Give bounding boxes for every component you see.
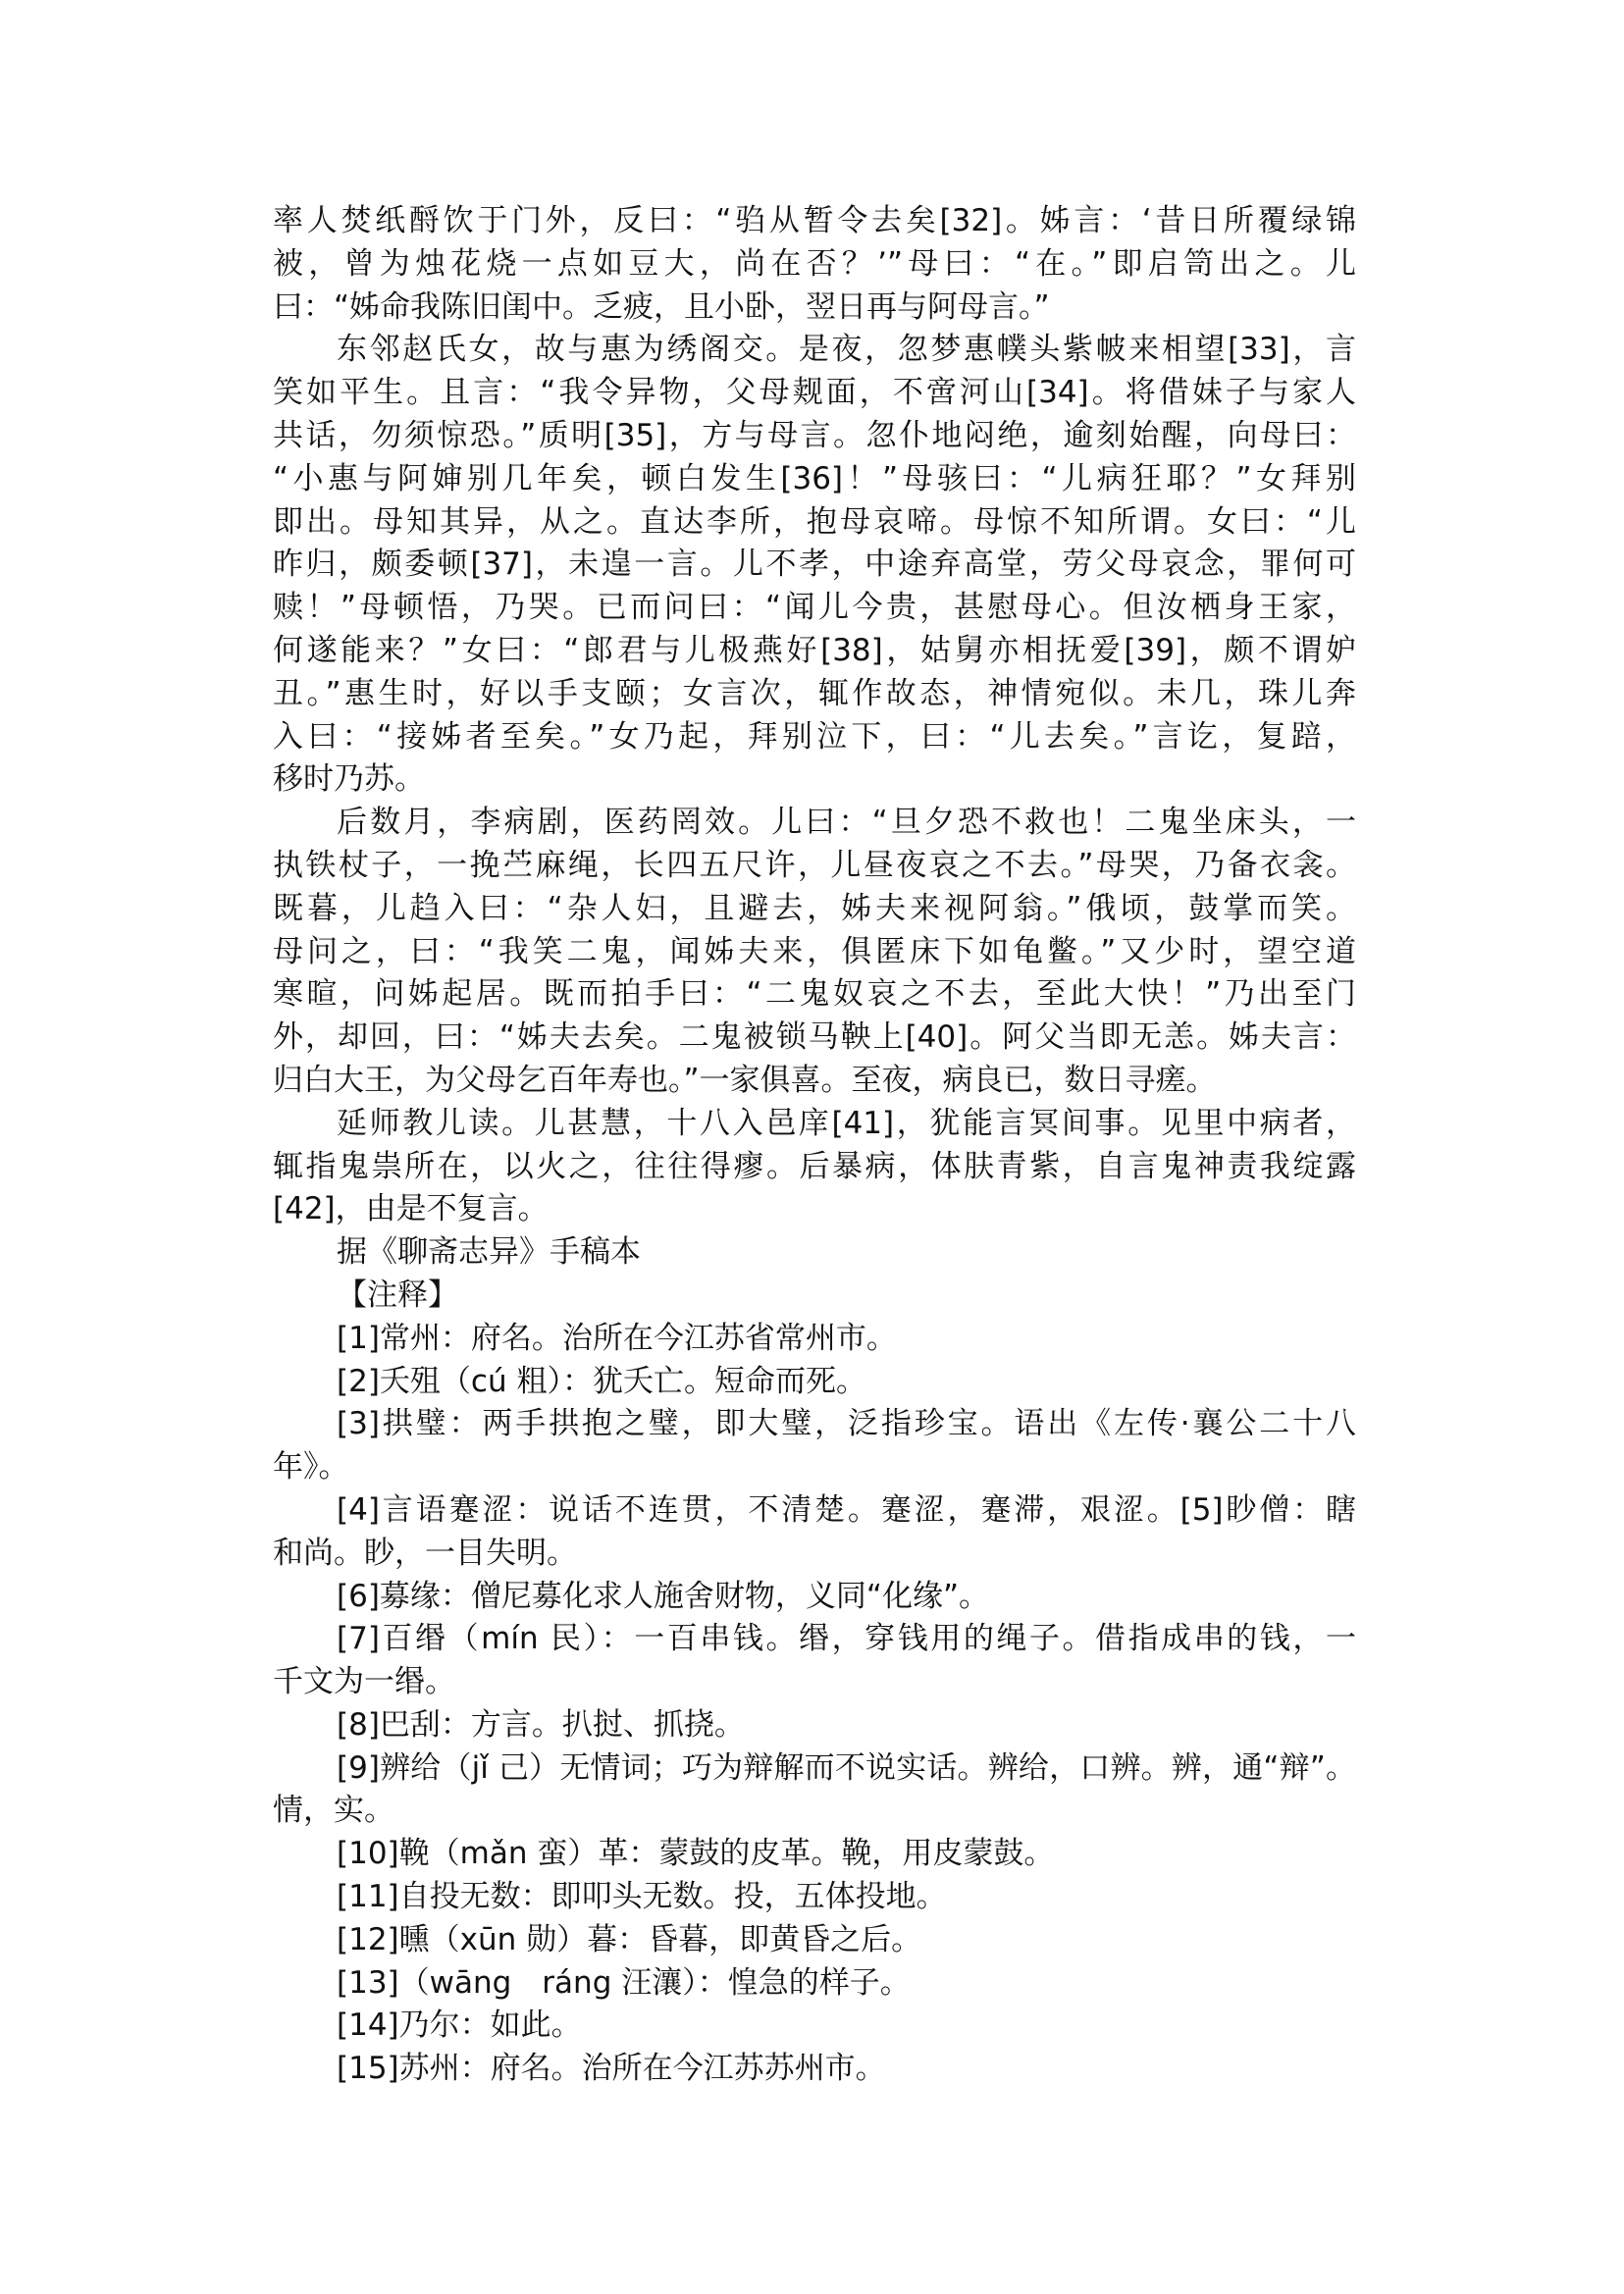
note-line: [12]曛（xūn 勋）暮：昏暮，即黄昏之后。 bbox=[273, 1919, 1356, 1962]
text-line: 既暮，儿趋入曰：“杂人妇，且避去，姊夫来视阿翁。”俄顷，鼓掌而笑。 bbox=[273, 888, 1356, 931]
note-line: [13]（wāng ráng 汪瀼）：惶急的样子。 bbox=[273, 1962, 1356, 2006]
text-line: [42]，由是不复言。 bbox=[273, 1188, 1356, 1231]
note-item: [2]夭殂（cú 粗）：犹夭亡。短命而死。 bbox=[273, 1361, 1356, 1404]
document-page: 率人焚纸酹饮于门外，反曰：“驺从暂令去矣[32]。姊言：‘昔日所覆绿锦 被，曾为… bbox=[0, 0, 1624, 2294]
note-item: [11]自投无数：即叩头无数。投，五体投地。 bbox=[273, 1876, 1356, 1919]
paragraph-3: 后数月，李病剧，医药罔效。儿曰：“旦夕恐不救也！二鬼坐床头，一 执铁杖子，一挽苎… bbox=[273, 802, 1356, 1103]
note-item: [6]募缘：僧尼募化求人施舍财物，义同“化缘”。 bbox=[273, 1576, 1356, 1619]
note-line: [14]乃尔：如此。 bbox=[273, 2005, 1356, 2048]
text-line: 赎！”母顿悟，乃哭。已而问曰：“闻儿今贵，甚慰母心。但汝栖身王家， bbox=[273, 587, 1356, 630]
note-item: [9]辨给（jǐ 己）无情词；巧为辩解而不说实话。辨给，口辨。辨，通“辩”。 情… bbox=[273, 1747, 1356, 1834]
text-line: “小惠与阿婶别几年矣，顿白发生[36]！”母骇曰：“儿病狂耶？”女拜别 bbox=[273, 458, 1356, 501]
text-line: 后数月，李病剧，医药罔效。儿曰：“旦夕恐不救也！二鬼坐床头，一 bbox=[273, 802, 1356, 845]
text-line: 归白大王，为父母乞百年寿也。”一家俱喜。至夜，病良已，数日寻瘥。 bbox=[273, 1060, 1356, 1103]
note-line: 情，实。 bbox=[273, 1790, 1356, 1833]
text-line: 何遂能来？”女曰：“郎君与儿极燕好[38]，姑舅亦相抚爱[39]，颇不谓妒 bbox=[273, 630, 1356, 673]
notes-list: [1]常州：府名。治所在今江苏省常州市。 [2]夭殂（cú 粗）：犹夭亡。短命而… bbox=[273, 1318, 1356, 2091]
note-item: [14]乃尔：如此。 bbox=[273, 2005, 1356, 2048]
text-line: 笑如平生。且言：“我令异物，父母觌面，不啻河山[34]。将借妹子与家人 bbox=[273, 372, 1356, 415]
note-item: [3]拱璧：两手拱抱之璧，即大璧，泛指珍宝。语出《左传·襄公二十八 年》。 bbox=[273, 1403, 1356, 1489]
text-line: 共话，勿须惊恐。”质明[35]，方与母言。忽仆地闷绝，逾刻始醒，向母曰： bbox=[273, 415, 1356, 458]
note-line: 年》。 bbox=[273, 1446, 1356, 1489]
text-line: 入曰：“接姊者至矣。”女乃起，拜别泣下，曰：“儿去矣。”言讫，复踣， bbox=[273, 716, 1356, 759]
text-line: 昨归，颇委顿[37]，未遑一言。儿不孝，中途弃高堂，劳父母哀念，罪何可 bbox=[273, 544, 1356, 587]
text-line: 曰：“姊命我陈旧闺中。乏疲，且小卧，翌日再与阿母言。” bbox=[273, 287, 1356, 330]
section-heading: 【注释】 bbox=[273, 1275, 1356, 1318]
note-line: [9]辨给（jǐ 己）无情词；巧为辩解而不说实话。辨给，口辨。辨，通“辩”。 bbox=[273, 1747, 1356, 1791]
text-line: 移时乃苏。 bbox=[273, 758, 1356, 802]
text-line: 母问之，曰：“我笑二鬼，闻姊夫来，俱匿床下如龟鳖。”又少时，望空道 bbox=[273, 931, 1356, 974]
text-line: 即出。母知其异，从之。直达李所，抱母哀啼。母惊不知所谓。女曰：“儿 bbox=[273, 501, 1356, 545]
note-item: [13]（wāng ráng 汪瀼）：惶急的样子。 bbox=[273, 1962, 1356, 2006]
note-item: [1]常州：府名。治所在今江苏省常州市。 bbox=[273, 1318, 1356, 1361]
note-item: [10]鞔（mǎn 蛮）革：蒙鼓的皮革。鞔，用皮蒙鼓。 bbox=[273, 1833, 1356, 1876]
source-line: 据《聊斋志异》手稿本 bbox=[273, 1231, 1356, 1275]
note-line: [4]言语蹇涩：说话不连贯，不清楚。蹇涩，蹇滞，艰涩。[5]眇僧：瞎 bbox=[273, 1489, 1356, 1533]
paragraph-2: 东邻赵氏女，故与惠为绣阁交。是夜，忽梦惠幞头紫帔来相望[33]，言 笑如平生。且… bbox=[273, 329, 1356, 802]
note-item: [4]言语蹇涩：说话不连贯，不清楚。蹇涩，蹇滞，艰涩。[5]眇僧：瞎 和尚。眇，… bbox=[273, 1489, 1356, 1576]
text-line: 辄指鬼祟所在，以火之，往往得瘳。后暴病，体肤青紫，自言鬼神责我绽露 bbox=[273, 1146, 1356, 1189]
text-line: 被，曾为烛花烧一点如豆大，尚在否？’”母曰：“在。”即启笥出之。儿 bbox=[273, 243, 1356, 287]
source-citation: 据《聊斋志异》手稿本 bbox=[273, 1231, 1356, 1275]
note-line: [8]巴刮：方言。扒挝、抓挠。 bbox=[273, 1704, 1356, 1747]
note-line: [10]鞔（mǎn 蛮）革：蒙鼓的皮革。鞔，用皮蒙鼓。 bbox=[273, 1833, 1356, 1876]
note-item: [12]曛（xūn 勋）暮：昏暮，即黄昏之后。 bbox=[273, 1919, 1356, 1962]
document-text-block: 率人焚纸酹饮于门外，反曰：“驺从暂令去矣[32]。姊言：‘昔日所覆绿锦 被，曾为… bbox=[273, 200, 1356, 2091]
paragraph-4: 延师教儿读。儿甚慧，十八入邑庠[41]，犹能言冥间事。见里中病者， 辄指鬼祟所在… bbox=[273, 1103, 1356, 1231]
paragraph-1: 率人焚纸酹饮于门外，反曰：“驺从暂令去矣[32]。姊言：‘昔日所覆绿锦 被，曾为… bbox=[273, 200, 1356, 329]
text-line: 率人焚纸酹饮于门外，反曰：“驺从暂令去矣[32]。姊言：‘昔日所覆绿锦 bbox=[273, 200, 1356, 243]
text-line: 执铁杖子，一挽苎麻绳，长四五尺许，儿昼夜哀之不去。”母哭，乃备衣衾。 bbox=[273, 845, 1356, 888]
text-line: 寒暄，问姊起居。既而拍手曰：“二鬼奴哀之不去，至此大快！”乃出至门 bbox=[273, 973, 1356, 1017]
note-item: [7]百缗（mín 民）：一百串钱。缗，穿钱用的绳子。借指成串的钱，一 千文为一… bbox=[273, 1618, 1356, 1704]
note-line: [3]拱璧：两手拱抱之璧，即大璧，泛指珍宝。语出《左传·襄公二十八 bbox=[273, 1403, 1356, 1446]
note-item: [8]巴刮：方言。扒挝、抓挠。 bbox=[273, 1704, 1356, 1747]
text-line: 东邻赵氏女，故与惠为绣阁交。是夜，忽梦惠幞头紫帔来相望[33]，言 bbox=[273, 329, 1356, 372]
note-line: [15]苏州：府名。治所在今江苏苏州市。 bbox=[273, 2048, 1356, 2091]
note-line: [6]募缘：僧尼募化求人施舍财物，义同“化缘”。 bbox=[273, 1576, 1356, 1619]
note-item: [15]苏州：府名。治所在今江苏苏州市。 bbox=[273, 2048, 1356, 2091]
text-line: 外，却回，曰：“姊夫去矣。二鬼被锁马鞅上[40]。阿父当即无恙。姊夫言： bbox=[273, 1017, 1356, 1060]
note-line: [7]百缗（mín 民）：一百串钱。缗，穿钱用的绳子。借指成串的钱，一 bbox=[273, 1618, 1356, 1661]
note-line: 千文为一缗。 bbox=[273, 1661, 1356, 1704]
note-line: [1]常州：府名。治所在今江苏省常州市。 bbox=[273, 1318, 1356, 1361]
notes-heading: 【注释】 bbox=[273, 1275, 1356, 1318]
text-line: 丑。”惠生时，好以手支颐；女言次，辄作故态，神情宛似。未几，珠儿奔 bbox=[273, 673, 1356, 716]
note-line: [2]夭殂（cú 粗）：犹夭亡。短命而死。 bbox=[273, 1361, 1356, 1404]
note-line: 和尚。眇，一目失明。 bbox=[273, 1533, 1356, 1576]
text-line: 延师教儿读。儿甚慧，十八入邑庠[41]，犹能言冥间事。见里中病者， bbox=[273, 1103, 1356, 1146]
note-line: [11]自投无数：即叩头无数。投，五体投地。 bbox=[273, 1876, 1356, 1919]
